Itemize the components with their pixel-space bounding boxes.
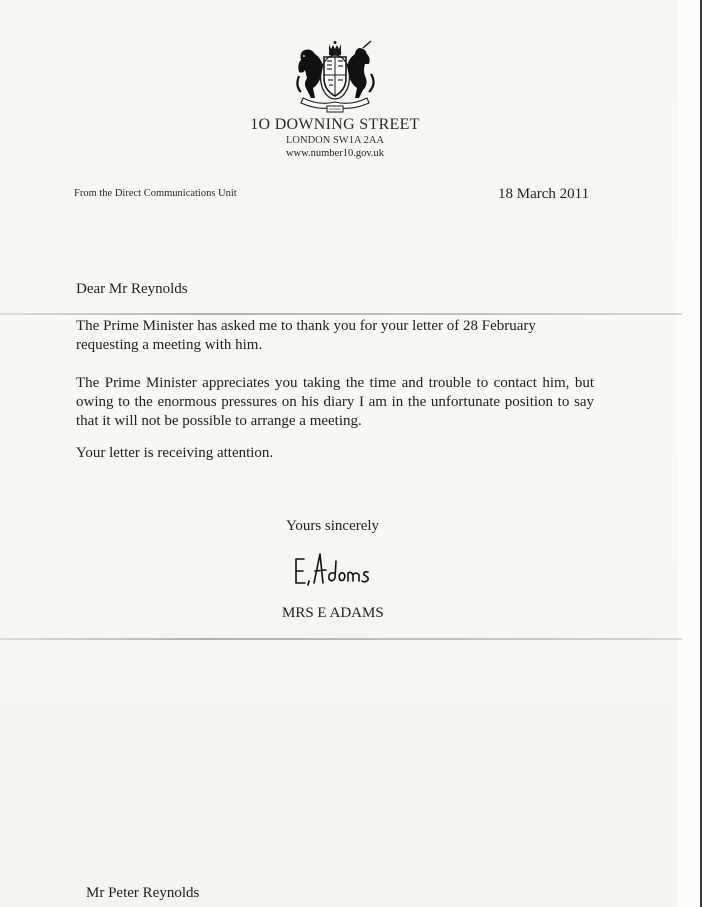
paper-fold-line [0,638,682,640]
scan-edge-strip [677,0,700,907]
recipient-name: Mr Peter Reynolds [86,885,199,902]
handwritten-signature [292,551,382,587]
body-paragraph: Your letter is receiving attention. [76,444,273,463]
royal-coat-of-arms-icon [293,40,377,116]
salutation: Dear Mr Reynolds [76,280,188,299]
letterhead-title: 1O DOWNING STREET [200,116,470,134]
letter-date: 18 March 2011 [498,186,589,203]
letterhead-address: 1O DOWNING STREET LONDON SW1A 2AA www.nu… [200,116,470,161]
letterhead-website: www.number10.gov.uk [200,147,470,161]
body-paragraph: The Prime Minister appreciates you takin… [76,374,594,431]
closing-phrase: Yours sincerely [286,518,379,535]
paper-fold-line [0,313,682,315]
letterhead-postal-address: LONDON SW1A 2AA [200,134,470,147]
signer-name: MRS E ADAMS [282,605,384,622]
sender-department: From the Direct Communications Unit [74,188,237,199]
body-paragraph: The Prime Minister has asked me to thank… [76,317,594,355]
